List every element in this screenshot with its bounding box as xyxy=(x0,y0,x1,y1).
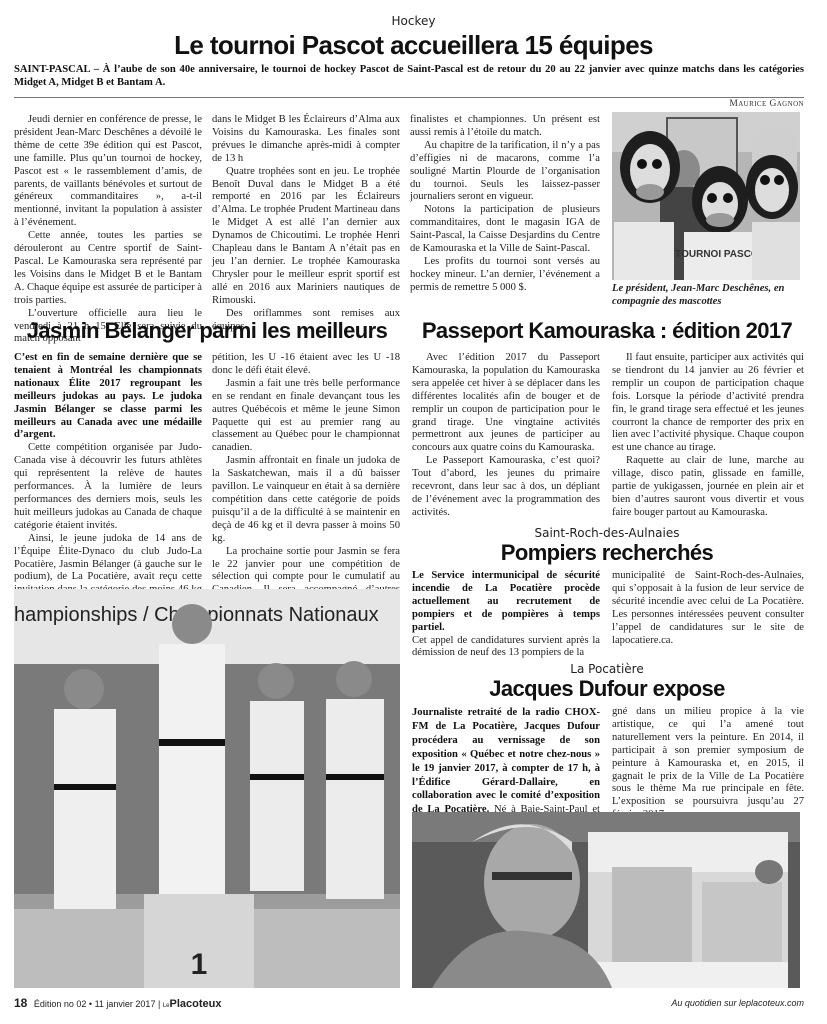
mascots-photo-illustration: TOURNOI PASCOT xyxy=(612,112,800,280)
judo-podium-photo: hampionships / Championnats Nationaux 1 xyxy=(14,589,400,988)
brand-logo: Placoteux xyxy=(170,998,222,1010)
paragraph: Au chapitre de la tarification, il n’y a… xyxy=(410,140,600,205)
dufour-photo xyxy=(412,812,800,988)
hockey-column-2: dans le Midget B les Éclaireurs d’Alma a… xyxy=(212,114,400,333)
dufour-column-2: gné dans un milieu propice à la vie arti… xyxy=(612,706,804,822)
paragraph: gné dans un milieu propice à la vie arti… xyxy=(612,706,804,822)
painter-illustration xyxy=(412,812,800,988)
pompiers-column-1: Le Service intermunicipal de sécurité in… xyxy=(412,570,600,660)
paragraph: Avec l’édition 2017 du Passeport Kamoura… xyxy=(412,352,600,455)
pompiers-lead: Le Service intermunicipal de sécurité in… xyxy=(412,570,600,635)
paragraph: Les profits du tournoi sont versés au ho… xyxy=(410,256,600,295)
passeport-headline: Passeport Kamouraska : édition 2017 xyxy=(410,318,804,344)
pompiers-kicker: Saint-Roch-des-Aulnaies xyxy=(410,526,804,540)
paragraph: Jeudi dernier en conférence de presse, l… xyxy=(14,114,202,230)
dufour-kicker: La Pocatière xyxy=(410,662,804,676)
podium-number: 1 xyxy=(191,948,208,981)
hockey-byline: Maurice Gagnon xyxy=(600,99,804,109)
paragraph: Raquette au clair de lune, marche au vil… xyxy=(612,455,804,520)
hockey-photo-caption: Le président, Jean-Marc Deschênes, en co… xyxy=(612,282,804,308)
judo-headline: Jasmin Bélanger parmi les meilleurs xyxy=(14,318,400,344)
passeport-column-1: Avec l’édition 2017 du Passeport Kamoura… xyxy=(412,352,600,520)
hockey-column-1: Jeudi dernier en conférence de presse, l… xyxy=(14,114,202,346)
footer-tagline: Au quotidien sur leplacoteux.com xyxy=(500,998,804,1008)
paragraph: Jasmin affrontait en finale un judoka de… xyxy=(212,455,400,545)
paragraph: Cette année, toutes les parties se dérou… xyxy=(14,230,202,307)
paragraph: pétition, les U -16 étaient avec les U -… xyxy=(212,352,400,378)
paragraph: Le Passeport Kamouraska, c’est quoi? Tou… xyxy=(412,455,600,520)
edition-info: Édition no 02 • 11 janvier 2017 | xyxy=(34,999,160,1009)
brand-prefix: Le xyxy=(163,1003,170,1009)
jersey-text: TOURNOI PASCOT xyxy=(675,249,765,260)
paragraph: Quatre trophées sont en jeu. Le trophée … xyxy=(212,166,400,308)
judo-lead: C’est en fin de semaine dernière que se … xyxy=(14,352,202,442)
paragraph: Il faut ensuite, participer aux activité… xyxy=(612,352,804,455)
page-number: 18 xyxy=(14,996,27,1010)
pompiers-headline: Pompiers recherchés xyxy=(410,540,804,566)
paragraph: Notons la participation de plusieurs com… xyxy=(410,204,600,256)
passeport-column-2: Il faut ensuite, participer aux activité… xyxy=(612,352,804,520)
footer-left: 18 Édition no 02 • 11 janvier 2017 | LeP… xyxy=(14,996,414,1010)
hockey-kicker: Hockey xyxy=(0,14,827,28)
paragraph: Jasmin a fait une très belle performance… xyxy=(212,378,400,455)
hockey-column-3: finalistes et championnes. Un présent es… xyxy=(410,114,600,295)
hockey-rule xyxy=(14,97,804,98)
judo-column-1: C’est en fin de semaine dernière que se … xyxy=(14,352,202,610)
dufour-headline: Jacques Dufour expose xyxy=(410,676,804,702)
pompiers-column-2: municipalité de Saint-Roch-des-Aulnaies,… xyxy=(612,570,804,647)
judo-column-2: pétition, les U -16 étaient avec les U -… xyxy=(212,352,400,610)
dufour-lead: Journaliste retraité de la radio CHOX-FM… xyxy=(412,707,600,815)
judo-podium-illustration: hampionships / Championnats Nationaux 1 xyxy=(14,589,400,988)
paragraph: Cette compétition organisée par Judo-Can… xyxy=(14,442,202,532)
paragraph: finalistes et championnes. Un présent es… xyxy=(410,114,600,140)
paragraph: dans le Midget B les Éclaireurs d’Alma a… xyxy=(212,114,400,166)
hockey-photo: TOURNOI PASCOT xyxy=(612,112,800,280)
paragraph: municipalité de Saint-Roch-des-Aulnaies,… xyxy=(612,570,804,647)
hockey-headline: Le tournoi Pascot accueillera 15 équipes xyxy=(0,30,827,61)
hockey-lead: SAINT-PASCAL – À l’aube de son 40e anniv… xyxy=(14,64,804,90)
paragraph: Cet appel de candidatures survient après… xyxy=(412,635,600,661)
